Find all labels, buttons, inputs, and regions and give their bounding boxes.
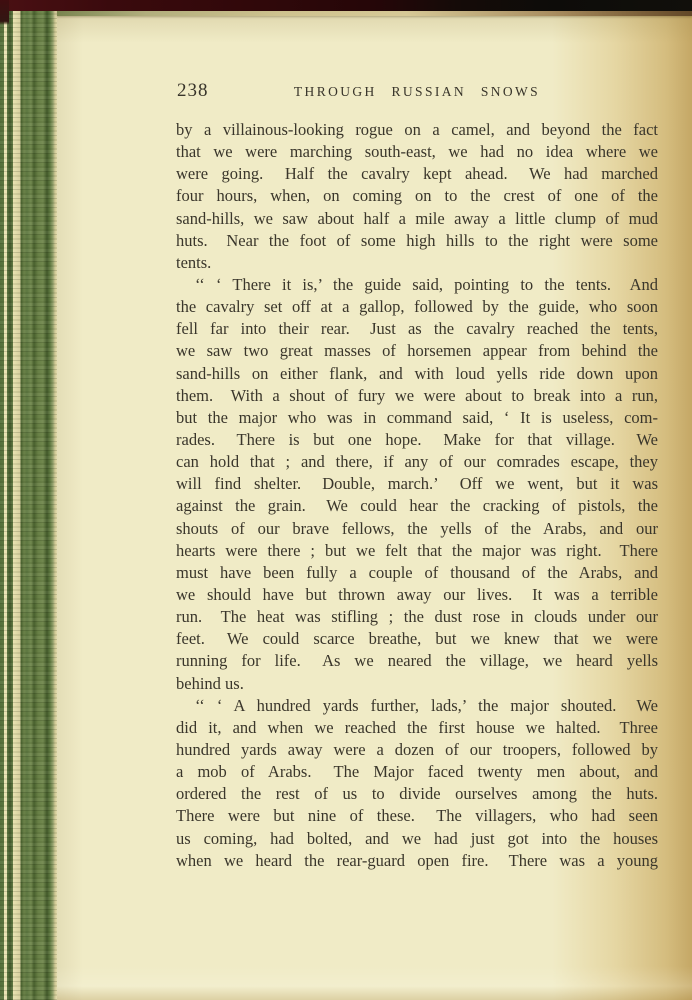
text-line: them. With a shout of fury we were about… xyxy=(176,385,658,407)
text-line: tents. xyxy=(176,252,658,274)
text-line: run. The heat was stifling ; the dust ro… xyxy=(176,606,658,628)
text-line: There were but nine of these. The villag… xyxy=(176,805,658,827)
text-line: hearts were there ; but we felt that the… xyxy=(176,540,658,562)
text-line: when we heard the rear-guard open fire. … xyxy=(176,850,658,872)
text-line: feet. We could scarce breathe, but we kn… xyxy=(176,628,658,650)
paragraph: ‘‘ ‘ A hundred yards further, lads,’ the… xyxy=(176,695,658,872)
text-line: will find shelter. Double, march.’ Off w… xyxy=(176,473,658,495)
page-fore-edge-stack xyxy=(0,9,57,1000)
paragraph: by a villainous-looking rogue on a camel… xyxy=(176,119,658,274)
text-line: rades. There is but one hope. Make for t… xyxy=(176,429,658,451)
running-header: 238 THROUGH RUSSIAN SNOWS xyxy=(176,80,658,104)
text-line: sand-hills on either flank, and with lou… xyxy=(176,363,658,385)
text-line: shouts of our brave fellows, the yells o… xyxy=(176,518,658,540)
page-number: 238 xyxy=(177,80,209,102)
text-line: that we were marching south-east, we had… xyxy=(176,141,658,163)
text-line: us coming, had bolted, and we had just g… xyxy=(176,828,658,850)
text-line: behind us. xyxy=(176,673,658,695)
text-line: fell far into their rear. Just as the ca… xyxy=(176,318,658,340)
text-line: we saw two great masses of horsemen appe… xyxy=(176,340,658,362)
text-line: against the grain. We could hear the cra… xyxy=(176,495,658,517)
book-page: 238 THROUGH RUSSIAN SNOWS by a villainou… xyxy=(57,9,692,1000)
book-cover-corner xyxy=(0,0,9,25)
text-line: four hours, when, on coming on to the cr… xyxy=(176,185,658,207)
paragraph: ‘‘ ‘ There it is,’ the guide said, point… xyxy=(176,274,658,695)
book-cover-top-edge xyxy=(0,0,692,11)
text-line: we should have but thrown away our lives… xyxy=(176,584,658,606)
text-line: did it, and when we reached the first ho… xyxy=(176,717,658,739)
page-text: by a villainous-looking rogue on a camel… xyxy=(176,119,658,872)
text-line: running for life. As we neared the villa… xyxy=(176,650,658,672)
text-line: the cavalry set off at a gallop, followe… xyxy=(176,296,658,318)
text-line: a mob of Arabs. The Major faced twenty m… xyxy=(176,761,658,783)
text-line: hundred yards away were a dozen of our t… xyxy=(176,739,658,761)
book-photo: 238 THROUGH RUSSIAN SNOWS by a villainou… xyxy=(0,0,692,1000)
text-line: ‘‘ ‘ A hundred yards further, lads,’ the… xyxy=(176,695,658,717)
text-line: must have been fully a couple of thousan… xyxy=(176,562,658,584)
text-line: ‘‘ ‘ There it is,’ the guide said, point… xyxy=(176,274,658,296)
text-line: huts. Near the foot of some high hills t… xyxy=(176,230,658,252)
text-line: were going. Half the cavalry kept ahead.… xyxy=(176,163,658,185)
text-line: but the major who was in command said, ‘… xyxy=(176,407,658,429)
running-head-title: THROUGH RUSSIAN SNOWS xyxy=(176,80,658,100)
text-line: ordered the rest of us to divide ourselv… xyxy=(176,783,658,805)
text-line: can hold that ; and there, if any of our… xyxy=(176,451,658,473)
text-line: by a villainous-looking rogue on a camel… xyxy=(176,119,658,141)
text-line: sand-hills, we saw about half a mile awa… xyxy=(176,208,658,230)
